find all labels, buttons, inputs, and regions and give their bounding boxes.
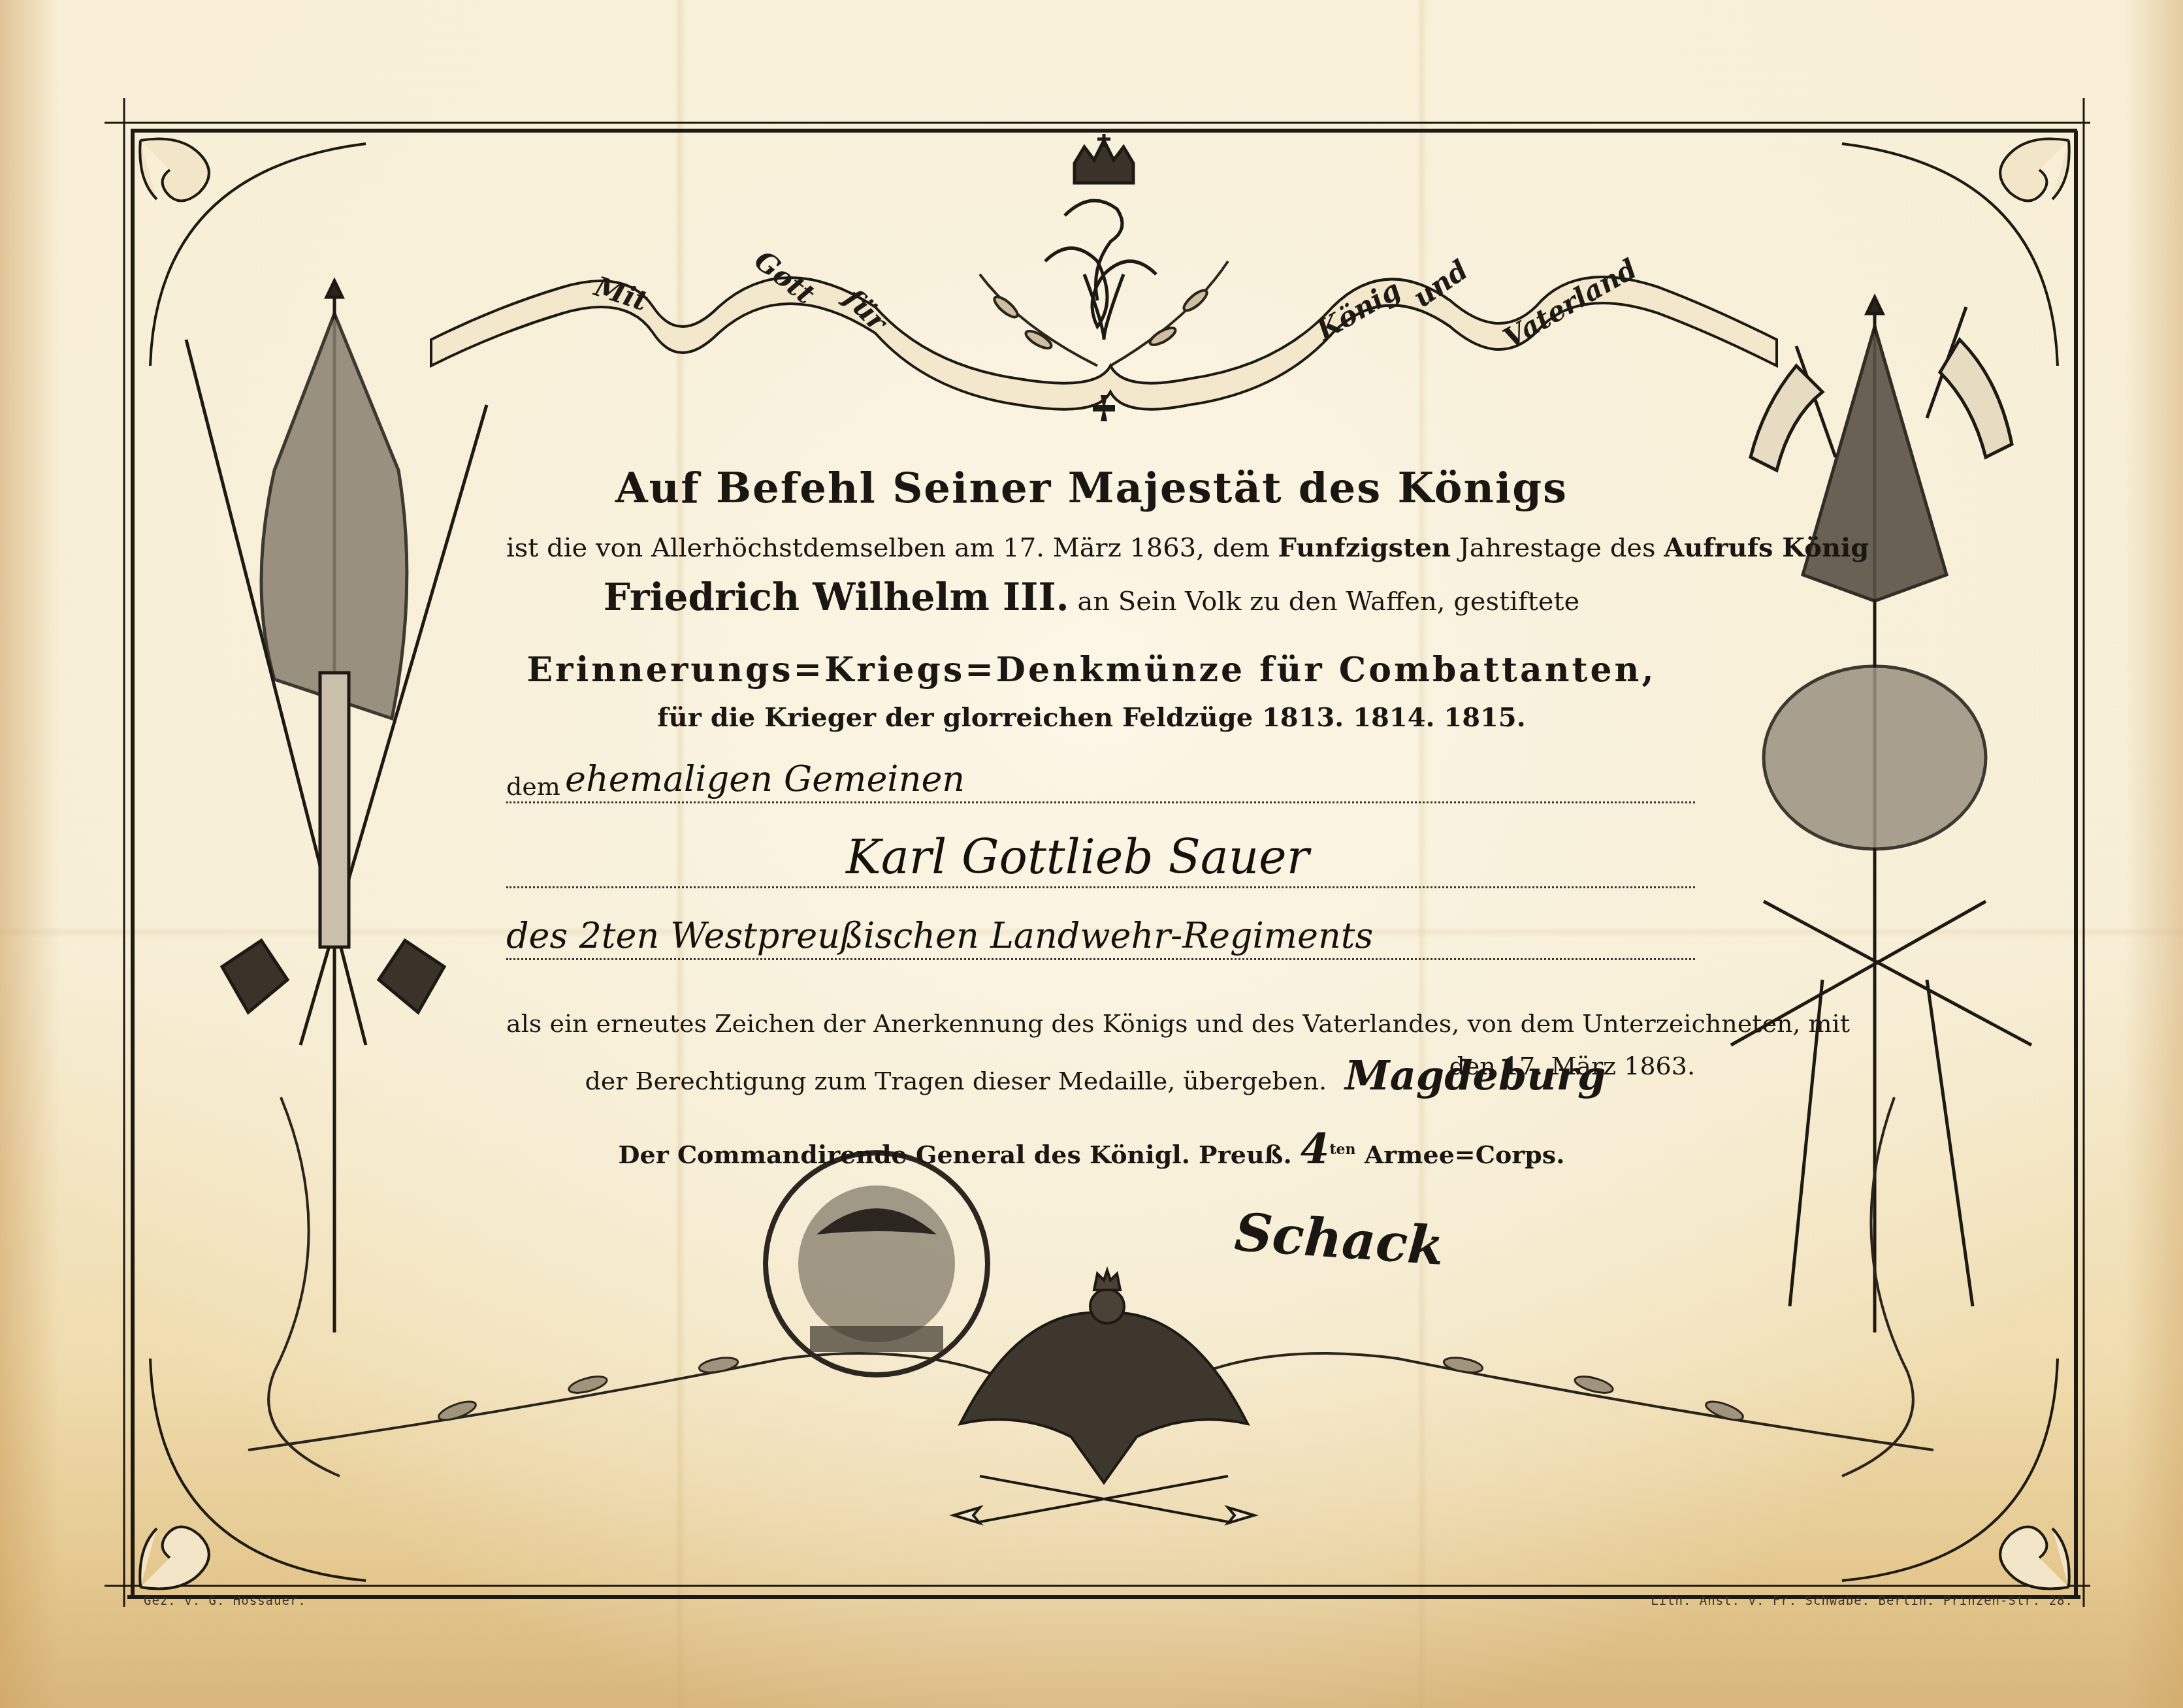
text-bold: Funfzigsten [1278, 532, 1451, 563]
signatory-line: Der Commandirende General des Königl. Pr… [0, 1125, 2183, 1174]
handwritten-unit: des 2ten Westpreußischen Landwehr-Regime… [506, 915, 1373, 956]
text-bold: Aufrufs König [1664, 532, 1869, 563]
paragraph-recognition: als ein erneutes Zeichen der Anerkennung… [506, 1009, 1695, 1038]
paragraph-issuance: ist die von Allerhöchstdemselben am 17. … [506, 532, 1695, 563]
text: ist die von Allerhöchstdemselben am 17. … [506, 533, 1270, 563]
dotted-line [506, 886, 1695, 888]
dotted-line [506, 801, 1695, 803]
text: an Sein Volk zu den Waffen, gestiftete [1077, 587, 1579, 617]
flags-and-cuirass-trophy-icon [1731, 297, 2031, 1332]
handwritten-rank: ehemaligen Gemeinen [565, 758, 965, 799]
heading: Auf Befehl Seiner Majestät des Königs [0, 464, 2183, 513]
date: den 17. März 1863. [1449, 1052, 1696, 1080]
paragraph-king: Friedrich Wilhelm III. an Sein Volk zu d… [0, 575, 2183, 619]
dotted-line [506, 958, 1695, 960]
crowned-FW-monogram-icon [1045, 134, 1156, 340]
imprint-printer: Lith. Anst. v. Fr. Schwabe. Berlin. Prin… [1651, 1594, 2073, 1608]
handwritten-name: Karl Gottlieb Sauer [846, 830, 1309, 884]
recipient-unit-line: des 2ten Westpreußischen Landwehr-Regime… [506, 908, 1695, 960]
crowned-prussian-eagle-icon [954, 1270, 1254, 1523]
label-dem: dem [506, 772, 560, 801]
ordinal-suffix: ten [1329, 1141, 1355, 1158]
medal-subtitle: für die Krieger der glorreichen Feldzüge… [0, 702, 2183, 733]
recipient-name-line: Karl Gottlieb Sauer [506, 830, 1695, 888]
text: Der Commandirende General des Königl. Pr… [619, 1140, 1292, 1169]
text: Armee=Corps. [1365, 1140, 1565, 1169]
text: Jahrestage des [1459, 533, 1656, 563]
medal-title: Erinnerungs=Kriegs=Denkmünze für Combatt… [0, 650, 2183, 690]
handwritten-corps-number: 4 [1301, 1125, 1330, 1174]
paragraph-presentation: der Berechtigung zum Tragen dieser Medai… [506, 1052, 1695, 1099]
general-command-seal-icon [766, 1153, 988, 1375]
text: der Berechtigung zum Tragen dieser Medai… [585, 1067, 1327, 1095]
king-name: Friedrich Wilhelm III. [604, 575, 1069, 619]
imprint-artist: Gez. v. G. Hossauer. [144, 1594, 306, 1608]
flag-and-rifles-trophy-icon [186, 281, 487, 1332]
recipient-rank-line: dem ehemaligen Gemeinen [506, 764, 1695, 803]
